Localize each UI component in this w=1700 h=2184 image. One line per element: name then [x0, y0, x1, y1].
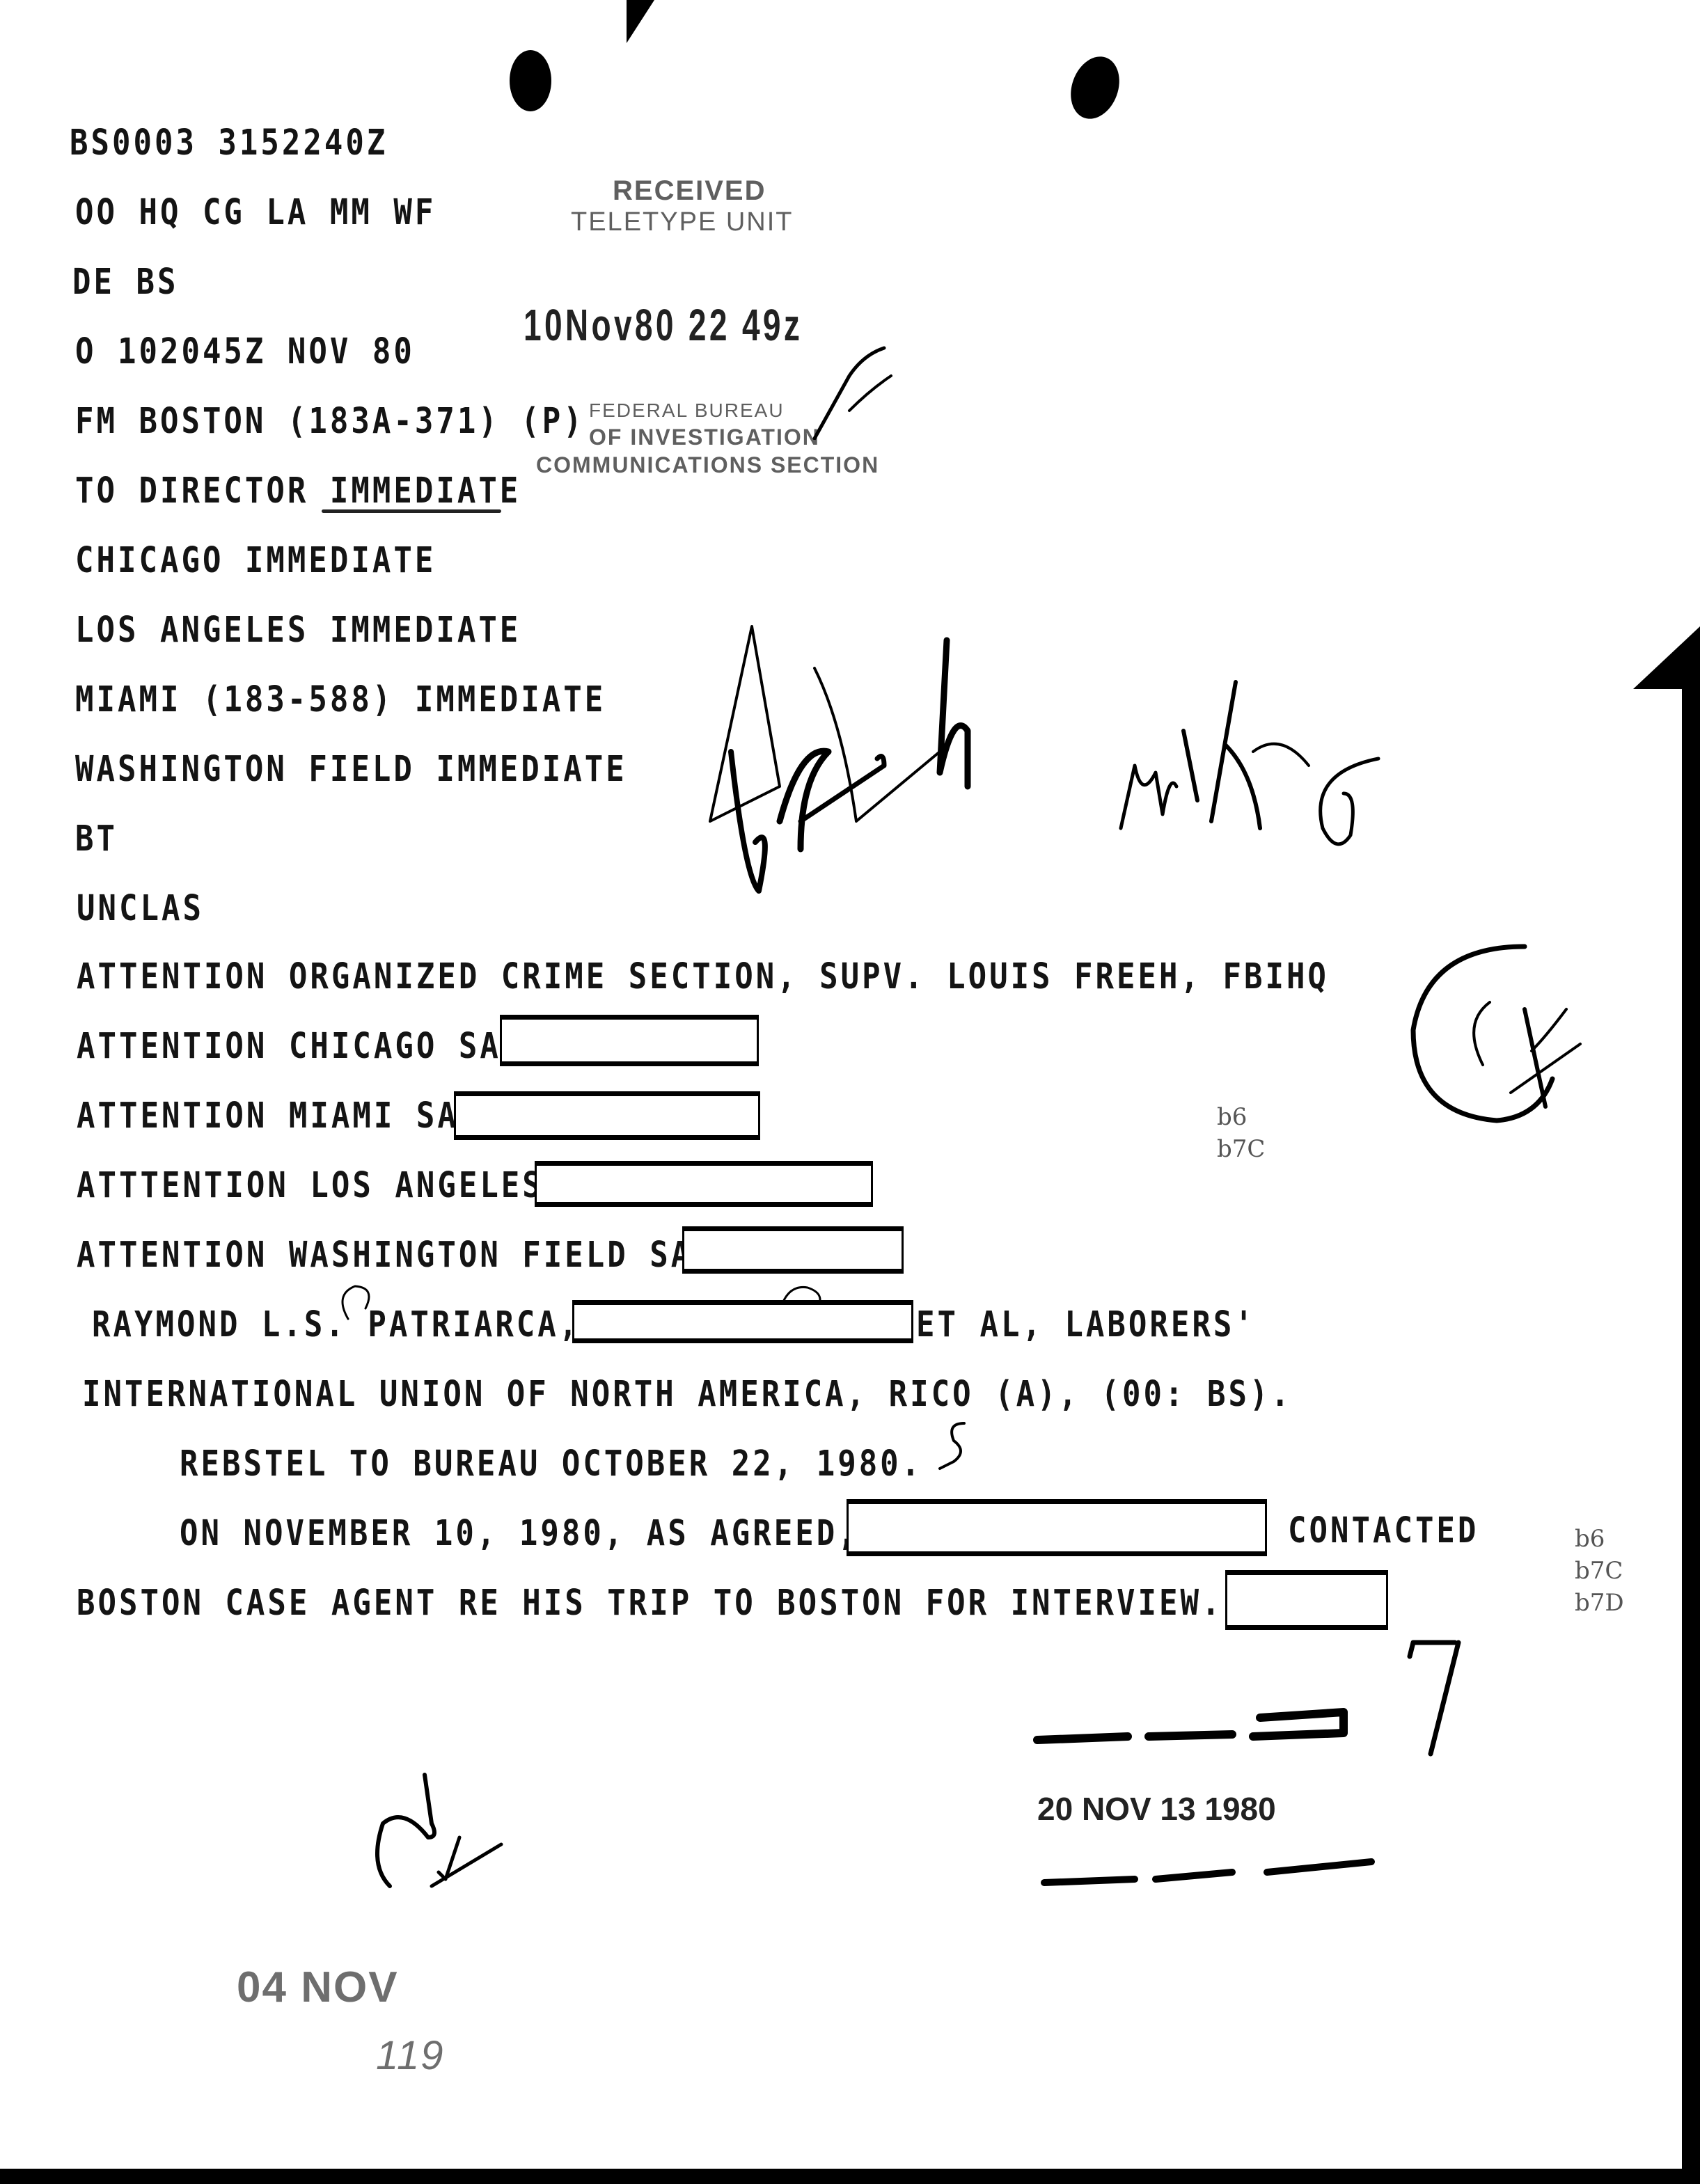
attention-fbihq-line: ATTENTION ORGANIZED CRIME SECTION, SUPV.…	[77, 956, 1329, 997]
scan-edge-bottom	[0, 2169, 1700, 2184]
second-signature	[1114, 668, 1406, 891]
miami-line: MIAMI (183-588) IMMEDIATE	[75, 679, 606, 720]
circled-initials	[1385, 940, 1608, 1141]
caption-line1-suffix: ET AL, LABORERS'	[916, 1304, 1256, 1345]
teletype-document: BS0003 3152240Z OO HQ CG LA MM WF DE BS …	[0, 0, 1700, 2184]
received-stamp-line1: RECEIVED	[613, 175, 766, 207]
body-para-suffix: CONTACTED	[1288, 1510, 1479, 1551]
exemption-codes-2: b6 b7C b7D	[1575, 1523, 1624, 1619]
classification-line: UNCLAS	[77, 888, 204, 929]
redaction-informant	[847, 1499, 1267, 1556]
fbi-stamp-line1: FEDERAL BUREAU	[589, 399, 785, 422]
bottom-number-stamp: 119	[376, 2032, 444, 2079]
redaction-miami-sa	[454, 1091, 760, 1140]
datetime-line: O 102045Z NOV 80	[75, 331, 415, 372]
serial-stamp-marks	[1023, 1629, 1490, 1768]
bottom-initials	[362, 1768, 515, 1893]
received-stamp-line2: TELETYPE UNIT	[571, 207, 794, 237]
redaction-washington-sa	[682, 1226, 904, 1274]
scan-edge-right	[1682, 668, 1700, 2184]
bottom-date-stamp: 04 NOV	[237, 1963, 399, 2012]
to-director-line: TO DIRECTOR IMMEDIATE	[75, 470, 521, 512]
attention-chicago-line: ATTENTION CHICAGO SA	[77, 1026, 501, 1067]
bt-line: BT	[75, 818, 118, 860]
exemption-codes-1: b6 b7C	[1217, 1101, 1265, 1165]
received-datetime-stamp: 10Nov80 22 49z	[524, 299, 803, 351]
redaction-los-angeles	[535, 1161, 873, 1207]
precedence-line: OO HQ CG LA MM WF	[75, 192, 436, 233]
attention-miami-line: ATTENTION MIAMI SA	[77, 1095, 459, 1137]
immediate-underline	[322, 509, 501, 513]
indexed-date-stamp: 20 NOV 13 1980	[1037, 1790, 1276, 1828]
rebstel-line: REBSTEL TO BUREAU OCTOBER 22, 1980.	[180, 1443, 922, 1485]
fbi-stamp-line3: COMMUNICATIONS SECTION	[536, 452, 879, 478]
punch-hole-right	[1062, 49, 1127, 125]
fbi-stamp-line2: OF INVESTIGATION	[589, 425, 820, 450]
scan-artifact-top	[627, 0, 654, 43]
freeh-signature	[703, 612, 1093, 905]
redaction-end	[1225, 1570, 1388, 1630]
initials-mark-top	[808, 334, 905, 445]
chicago-line: CHICAGO IMMEDIATE	[75, 540, 436, 581]
redaction-chicago-sa	[500, 1015, 759, 1066]
body-para-line2: BOSTON CASE AGENT RE HIS TRIP TO BOSTON …	[77, 1583, 1222, 1624]
attention-los-angeles-line: ATTTENTION LOS ANGELES	[77, 1165, 544, 1206]
caption-line1-prefix: RAYMOND L.S. PATRIARCA,	[92, 1304, 580, 1345]
origin-line: DE BS	[72, 262, 178, 303]
attention-washington-line: ATTENTION WASHINGTON FIELD SA	[77, 1235, 692, 1276]
indexed-underline-marks	[1037, 1851, 1385, 1893]
caption-line2: INTERNATIONAL UNION OF NORTH AMERICA, RI…	[82, 1374, 1292, 1415]
redaction-caption-name	[572, 1300, 913, 1343]
handwritten-s-mark	[933, 1420, 975, 1475]
routing-line: BS0003 3152240Z	[70, 122, 388, 164]
body-para-prefix: ON NOVEMBER 10, 1980, AS AGREED,	[180, 1513, 859, 1554]
los-angeles-line: LOS ANGELES IMMEDIATE	[75, 610, 521, 651]
punch-hole-left	[510, 50, 551, 111]
from-line: FM BOSTON (183A-371) (P)	[75, 401, 585, 442]
washington-field-line: WASHINGTON FIELD IMMEDIATE	[75, 749, 627, 790]
